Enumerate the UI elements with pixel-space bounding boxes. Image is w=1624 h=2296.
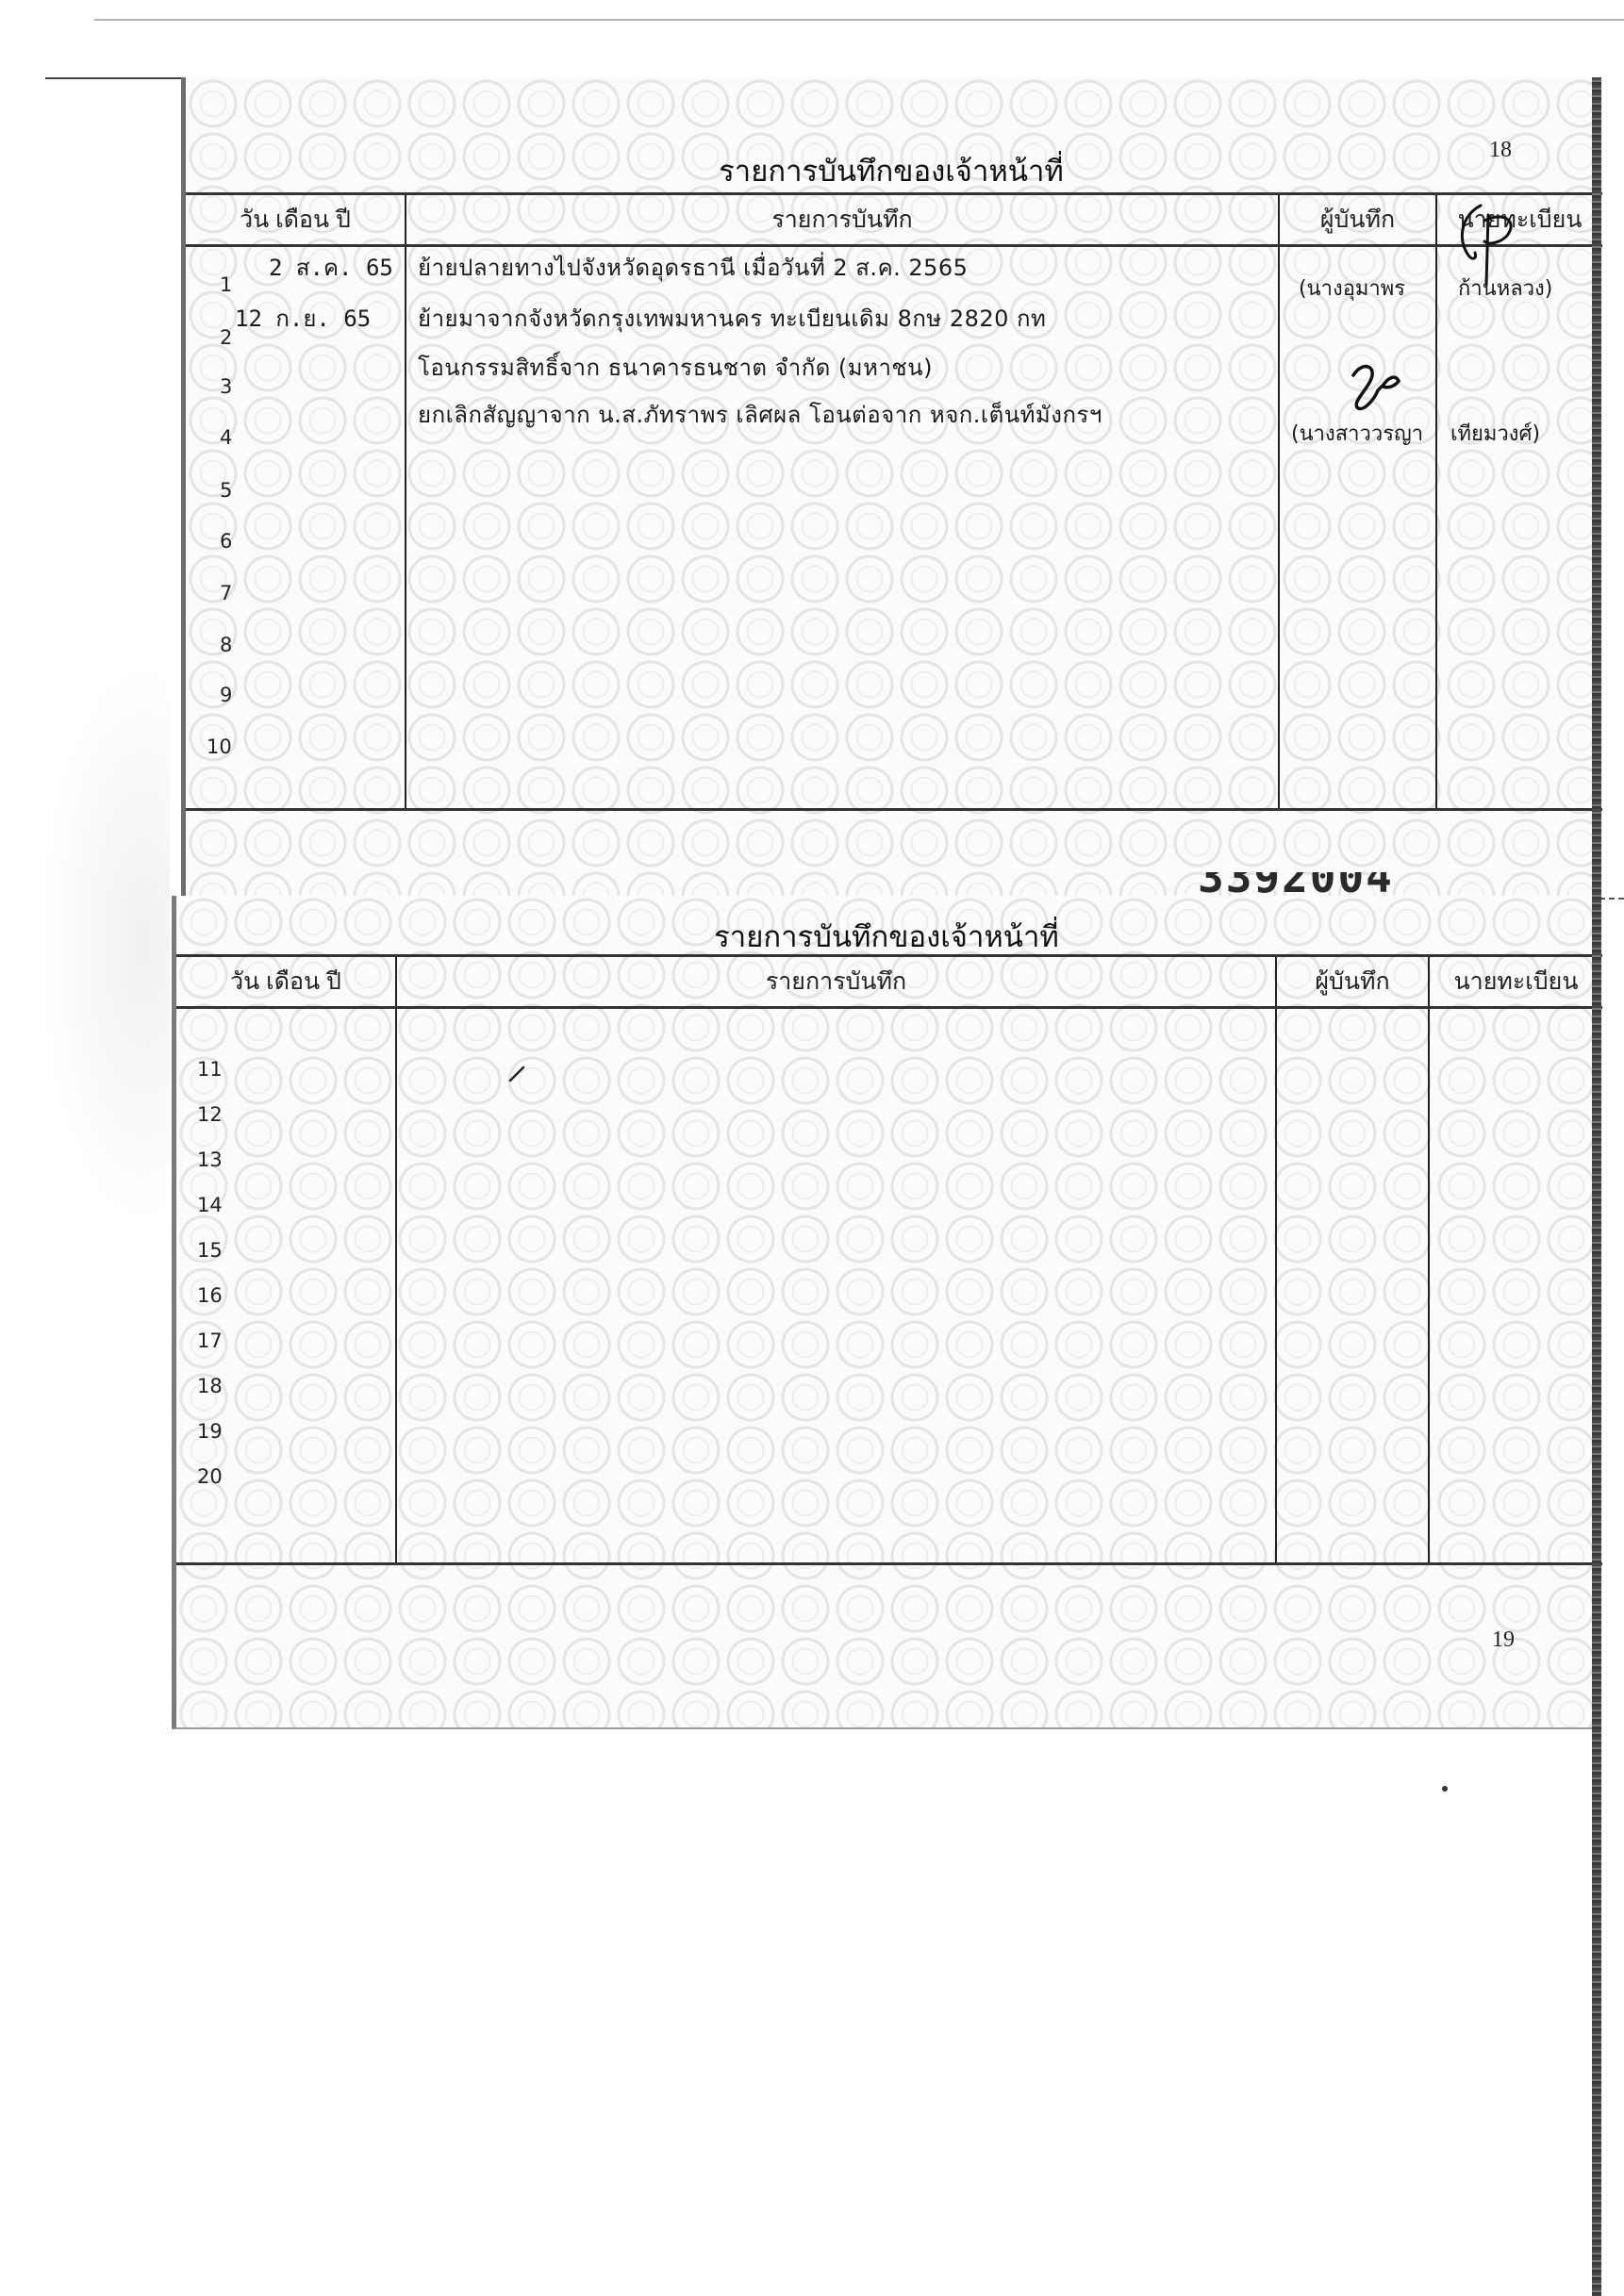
- row-number: 10: [207, 735, 232, 758]
- row-number: 4: [220, 426, 232, 449]
- fold-serial-number-text: 3392004: [1198, 872, 1415, 899]
- row-number: 13: [197, 1148, 223, 1171]
- column-header-recorder: ผู้บันทึก: [1279, 194, 1436, 246]
- registrar-cell: [1429, 1008, 1602, 1564]
- registrar-cell: ก้านหลวง) เทียมวงศ์): [1436, 246, 1602, 810]
- table-header-row: วัน เดือน ปี รายการบันทึก ผู้บันทึก นายท…: [186, 194, 1602, 246]
- row-number: 1: [220, 273, 232, 296]
- row-number: 9: [220, 684, 232, 706]
- recorder-cell: [1276, 1008, 1429, 1564]
- column-header-date: วัน เดือน ปี: [186, 194, 406, 246]
- row-number: 20: [197, 1465, 223, 1488]
- registrar-name: เทียมวงศ์): [1450, 417, 1540, 450]
- scan-shadow: [38, 660, 170, 1226]
- row-number: 11: [197, 1058, 223, 1081]
- page-number: 19: [1492, 1627, 1515, 1653]
- row-number: 6: [220, 530, 232, 553]
- column-header-registrar: นายทะเบียน: [1429, 956, 1602, 1008]
- signature-mark: [1346, 358, 1412, 411]
- row-number: 15: [197, 1239, 223, 1262]
- entry-text: ยกเลิกสัญญาจาก น.ส.ภัทราพร เลิศผล โอนต่อ…: [418, 396, 1102, 433]
- upper-sheet: รายการบันทึกของเจ้าหน้าที่ 18 วัน เดือน …: [181, 77, 1597, 898]
- column-header-entry: รายการบันทึก: [396, 956, 1276, 1008]
- entry-date: 2 ส.ค. 65: [269, 249, 393, 286]
- row-number: 12: [197, 1103, 223, 1126]
- fold-serial-number: 3392004: [1198, 872, 1415, 899]
- record-table-upper: วัน เดือน ปี รายการบันทึก ผู้บันทึก นายท…: [186, 192, 1602, 811]
- table-header-row: วัน เดือน ปี รายการบันทึก ผู้บันทึก นายท…: [176, 956, 1602, 1008]
- entry-text: โอนกรรมสิทธิ์จาก ธนาคารธนชาต จำกัด (มหาช…: [418, 349, 933, 386]
- entry-text: ย้ายปลายทางไปจังหวัดอุดรธานี เมื่อวันที่…: [418, 249, 968, 286]
- table-body-row: 1 2 3 4 5 6 7 8 9 10 2 ส.ค. 65 12 ก.ย. 6…: [186, 246, 1602, 810]
- date-cell: 1 2 3 4 5 6 7 8 9 10 2 ส.ค. 65 12 ก.ย. 6…: [186, 246, 406, 810]
- binding-edge: [1592, 77, 1601, 2296]
- registrar-name: ก้านหลวง): [1458, 272, 1552, 305]
- recorder-name: (นางสาววรญา: [1291, 417, 1423, 450]
- sheet-title: รายการบันทึกของเจ้าหน้าที่: [186, 147, 1597, 194]
- entry-cell: [396, 1008, 1276, 1564]
- column-header-date: วัน เดือน ปี: [176, 956, 396, 1008]
- entry-date: 12 ก.ย. 65: [235, 300, 371, 337]
- row-number: 19: [197, 1420, 223, 1443]
- column-header-recorder: ผู้บันทึก: [1276, 956, 1429, 1008]
- date-cell: 11 12 13 14 15 16 17 18 19 20: [176, 1008, 396, 1564]
- table-body-row: 11 12 13 14 15 16 17 18 19 20: [176, 1008, 1602, 1564]
- scan-edge-line: [94, 19, 1624, 21]
- entry-text: ย้ายมาจากจังหวัดกรุงเทพมหานคร ทะเบียนเดิ…: [418, 300, 1046, 337]
- row-number: 14: [197, 1194, 223, 1216]
- stray-pen-mark: [508, 1065, 527, 1082]
- lower-sheet: รายการบันทึกของเจ้าหน้าที่ 19 วัน เดือน …: [172, 896, 1597, 1729]
- row-number: 5: [220, 479, 232, 502]
- row-number: 8: [220, 634, 232, 656]
- recorder-name: (นางอุมาพร: [1299, 272, 1405, 305]
- entry-cell: ย้ายปลายทางไปจังหวัดอุดรธานี เมื่อวันที่…: [406, 246, 1279, 810]
- row-number: 18: [197, 1375, 223, 1397]
- row-number: 3: [220, 375, 232, 398]
- page-stub-edge: [45, 77, 185, 79]
- sheet-title: รายการบันทึกของเจ้าหน้าที่: [176, 913, 1597, 960]
- page-number: 18: [1489, 138, 1512, 163]
- recorder-cell: (นางอุมาพร (นางสาววรญา: [1279, 246, 1436, 810]
- stray-dot: [1441, 1785, 1449, 1792]
- row-number: 16: [197, 1284, 223, 1307]
- row-number: 17: [197, 1330, 223, 1352]
- row-number: 7: [220, 582, 232, 604]
- row-number: 2: [220, 326, 232, 349]
- record-table-lower: วัน เดือน ปี รายการบันทึก ผู้บันทึก นายท…: [176, 954, 1602, 1565]
- column-header-entry: รายการบันทึก: [406, 194, 1279, 246]
